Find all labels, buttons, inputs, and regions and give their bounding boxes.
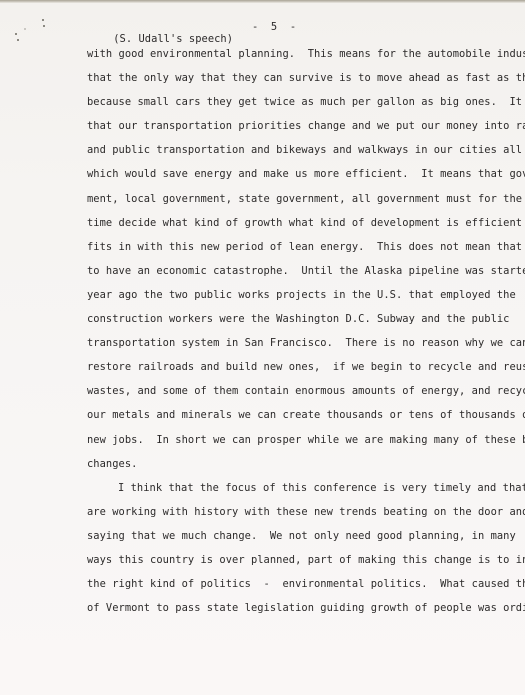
speck xyxy=(24,28,26,30)
page-top-edge xyxy=(0,0,525,3)
text-line: saying that we much change. We not only … xyxy=(87,529,517,553)
text-line: that our transportation priorities chang… xyxy=(87,119,517,143)
text-line: ment, local government, state government… xyxy=(87,192,517,216)
text-line: our metals and minerals we can create th… xyxy=(87,408,517,432)
text-line: year ago the two public works projects i… xyxy=(87,288,517,312)
speck xyxy=(15,33,17,35)
text-line: because small cars they get twice as muc… xyxy=(87,95,517,119)
speck xyxy=(42,19,44,21)
header-title: (S. Udall's speech) xyxy=(113,33,233,45)
text-line: new jobs. In short we can prosper while … xyxy=(87,433,517,457)
text-line: to have an economic catastrophe. Until t… xyxy=(87,264,517,288)
text-line: with good environmental planning. This m… xyxy=(87,47,517,71)
text-line: changes. xyxy=(87,457,517,481)
speck xyxy=(17,39,19,41)
text-line: ways this country is over planned, part … xyxy=(87,553,517,577)
text-line: of Vermont to pass state legislation gui… xyxy=(87,601,517,625)
document-page: (S. Udall's speech) - 5 - with good envi… xyxy=(0,0,525,695)
text-line: and public transportation and bikeways a… xyxy=(87,143,517,167)
text-line: fits in with this new period of lean ene… xyxy=(87,240,517,264)
text-line: transportation system in San Francisco. … xyxy=(87,336,517,360)
text-line: construction workers were the Washington… xyxy=(87,312,517,336)
speck xyxy=(43,25,45,27)
paper-specks xyxy=(12,15,52,45)
text-line: the right kind of politics - environment… xyxy=(87,577,517,601)
text-line: that the only way that they can survive … xyxy=(87,71,517,95)
page-number: - 5 - xyxy=(252,21,296,33)
text-line: are working with history with these new … xyxy=(87,505,517,529)
text-line: time decide what kind of growth what kin… xyxy=(87,216,517,240)
body-text: with good environmental planning. This m… xyxy=(87,47,517,625)
text-line: which would save energy and make us more… xyxy=(87,167,517,191)
text-line: I think that the focus of this conferenc… xyxy=(87,481,517,505)
text-line: wastes, and some of them contain enormou… xyxy=(87,384,517,408)
text-line: restore railroads and build new ones, if… xyxy=(87,360,517,384)
